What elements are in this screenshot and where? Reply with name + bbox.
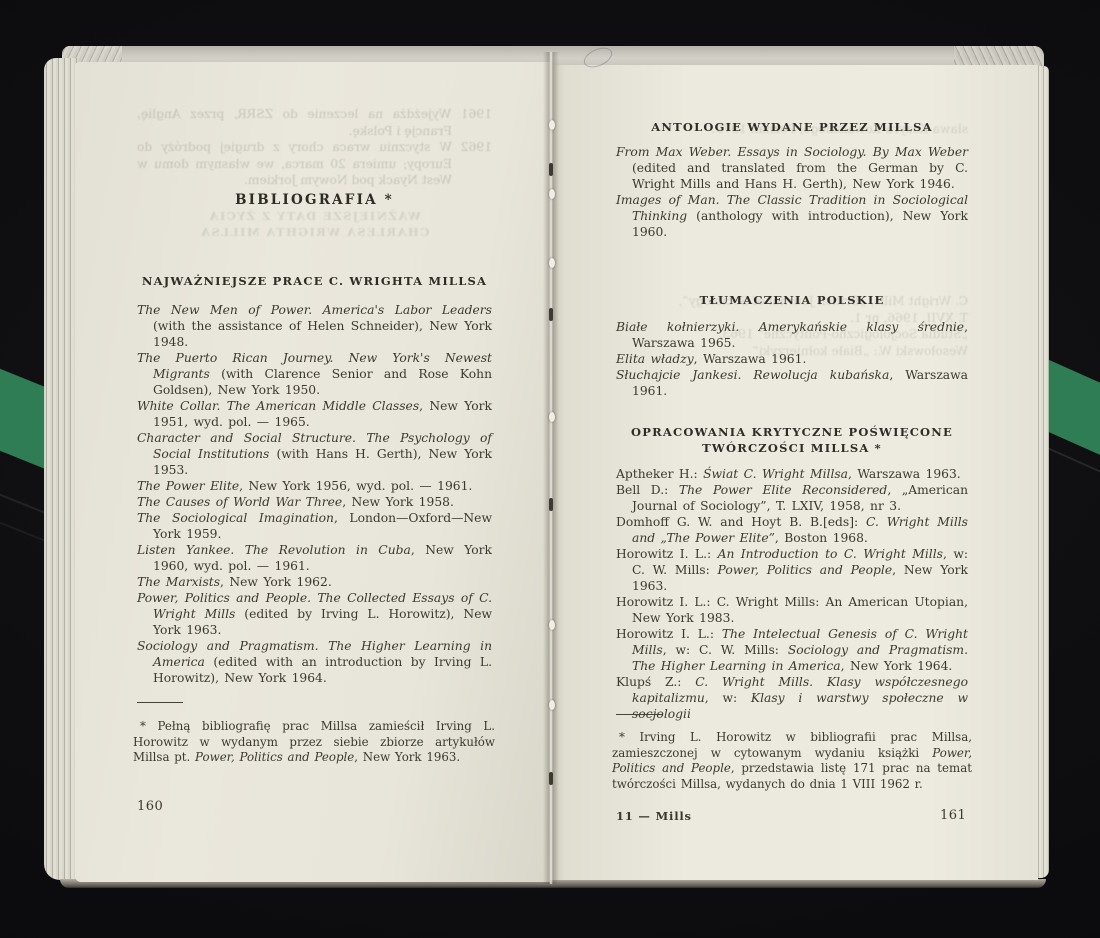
page-number-left: 160: [137, 799, 163, 814]
bibliography-entry: The Sociological Imagination, London—Oxf…: [137, 510, 492, 542]
italic-title: The Sociological Imagination: [137, 511, 334, 525]
page-heading: BIBLIOGRAFIA *: [137, 192, 492, 208]
footnote: * Pełną bibliografię prac Millsa zamieśc…: [133, 719, 495, 766]
show-through-line: 1962 W styczniu wraca chory z drugiej po…: [137, 139, 492, 189]
footnote-rule: [616, 714, 662, 715]
show-through-line: CHARLESA WRIGHTA MILLSA: [137, 224, 492, 240]
italic-title: Listen Yankee. The Revolution in Cuba: [137, 543, 411, 557]
stitch-mark: [549, 412, 555, 422]
bibliography-entry: Listen Yankee. The Revolution in Cuba, N…: [137, 542, 492, 574]
plain-text: , Boston 1968.: [775, 531, 868, 545]
bibliography-entry: Słuchajcie Jankesi. Rewolucja kubańska, …: [616, 367, 968, 399]
plain-text: , New York 1956, wyd. pol. — 1961.: [239, 479, 472, 493]
stitch-mark: [549, 258, 555, 268]
bibliography-entry: Domhoff G. W. and Hoyt B. B.[eds]: C. Wr…: [616, 514, 968, 546]
plain-text: , Warszawa 1963.: [848, 467, 961, 481]
plain-text: Horowitz I. L.: C. Wright Mills: An Amer…: [616, 595, 968, 625]
bibliography-entry: Horowitz I. L.: An Introduction to C. Wr…: [616, 546, 968, 594]
left-page: 1961 Wyjeżdża na leczenie do ZSRR, przez…: [75, 62, 550, 882]
bibliography-entry: Aptheker H.: Świat C. Wright Millsa, War…: [616, 466, 968, 482]
italic-title: Power, Politics and People: [195, 750, 354, 764]
italic-title: The Causes of World War Three: [137, 495, 342, 509]
bibliography-list-critical-studies: Aptheker H.: Świat C. Wright Millsa, War…: [616, 466, 968, 722]
plain-text: Domhoff G. W. and Hoyt B. B.[eds]:: [616, 515, 866, 529]
binding-gutter: [543, 52, 559, 884]
photograph-background: 1961 Wyjeżdża na leczenie do ZSRR, przez…: [0, 0, 1100, 938]
show-through-text: 1961 Wyjeżdża na leczenie do ZSRR, przez…: [137, 106, 492, 189]
plain-text: , New York 1962.: [220, 575, 332, 589]
plain-text: Horowitz I. L.:: [616, 627, 722, 641]
italic-title: The Marxists: [137, 575, 220, 589]
plain-text: Horowitz I. L.:: [616, 547, 718, 561]
plain-text: * Irving L. Horowitz w bibliografii prac…: [612, 730, 972, 760]
bibliography-entry: Sociology and Pragmatism. The Higher Lea…: [137, 638, 492, 686]
bibliography-list-translations: Białe kołnierzyki. Amerykańskie klasy śr…: [616, 319, 968, 399]
italic-title: Elita władzy: [616, 352, 694, 366]
bibliography-entry: Power, Politics and People. The Collecte…: [137, 590, 492, 638]
italic-title: Power, Politics and People: [718, 563, 893, 577]
bibliography-entry: Bell D.: The Power Elite Reconsidered, „…: [616, 482, 968, 514]
stitch-mark: [549, 620, 555, 630]
italic-title: White Collar. The American Middle Classe…: [137, 399, 419, 413]
stitch-mark: [549, 700, 555, 710]
italic-title: The Power Elite Reconsidered: [679, 483, 887, 497]
stitch-mark: [549, 308, 553, 321]
section-heading-works: NAJWAŻNIEJSZE PRACE C. WRIGHTA MILLSA: [137, 274, 492, 290]
plain-text: (edited and translated from the German b…: [632, 161, 968, 191]
stitch-mark: [549, 498, 553, 511]
section-heading-translations: TŁUMACZENIA POLSKIE: [616, 293, 968, 309]
plain-text: Bell D.:: [616, 483, 679, 497]
show-through-line: 1961 Wyjeżdża na leczenie do ZSRR, przez…: [137, 106, 492, 139]
plain-text: , New York 1958.: [342, 495, 454, 509]
plain-text: , w: C. W. Mills:: [663, 643, 788, 657]
bibliography-entry: Elita władzy, Warszawa 1961.: [616, 351, 968, 367]
italic-title: Białe kołnierzyki. Amerykańskie klasy śr…: [616, 320, 964, 334]
bibliography-entry: White Collar. The American Middle Classe…: [137, 398, 492, 430]
stitch-mark: [549, 772, 553, 785]
bibliography-entry: Character and Social Structure. The Psyc…: [137, 430, 492, 478]
left-page-edge-stack: [44, 58, 77, 880]
italic-title: The Power Elite: [137, 479, 239, 493]
italic-title: The New Men of Power. America's Labor Le…: [137, 303, 492, 317]
plain-text: , Warszawa 1961.: [694, 352, 807, 366]
plain-text: Aptheker H.:: [616, 467, 703, 481]
show-through-text: WAŻNIEJSZE DATY Z ŻYCIACHARLESA WRIGHTA …: [137, 208, 492, 240]
stitch-mark: [549, 163, 553, 176]
bibliography-entry: The New Men of Power. America's Labor Le…: [137, 302, 492, 350]
plain-text: (with the assistance of Helen Schneider)…: [153, 319, 492, 349]
plain-text: , w:: [705, 691, 751, 705]
italic-title: An Introduction to C. Wright Mills: [718, 547, 943, 561]
bibliography-list-anthologies: From Max Weber. Essays in Sociology. By …: [616, 144, 968, 240]
page-number-right: 161: [940, 808, 966, 823]
italic-title: Słuchajcie Jankesi. Rewolucja kubańska: [616, 368, 889, 382]
plain-text: , New York 1963.: [354, 750, 460, 764]
plain-text: Klupś Z.:: [616, 675, 695, 689]
section-heading-critical-studies: OPRACOWANIA KRYTYCZNE POŚWIĘCONE TWÓRCZO…: [616, 425, 968, 456]
bibliography-list-works: The New Men of Power. America's Labor Le…: [137, 302, 492, 686]
show-through-line: WAŻNIEJSZE DATY Z ŻYCIA: [137, 208, 492, 224]
bibliography-entry: Horowitz I. L.: The Intelectual Genesis …: [616, 626, 968, 674]
italic-title: Świat C. Wright Millsa: [703, 467, 848, 481]
bibliography-entry: The Marxists, New York 1962.: [137, 574, 492, 590]
bibliography-entry: Klupś Z.: C. Wright Mills. Klasy współcz…: [616, 674, 968, 722]
plain-text: , New York 1964.: [841, 659, 953, 673]
section-heading-anthologies: ANTOLOGIE WYDANE PRZEZ MILLSA: [616, 120, 968, 136]
right-page: sława Kozyra-Kowalskiego, Poznań 1979. C…: [550, 65, 1038, 880]
bibliography-entry: The Causes of World War Three, New York …: [137, 494, 492, 510]
footnote: * Irving L. Horowitz w bibliografii prac…: [612, 730, 972, 792]
stitch-mark: [549, 120, 555, 130]
bibliography-entry: Images of Man. The Classic Tradition in …: [616, 192, 968, 240]
italic-title: From Max Weber. Essays in Sociology. By …: [616, 145, 968, 159]
bibliography-entry: From Max Weber. Essays in Sociology. By …: [616, 144, 968, 192]
bibliography-entry: The Puerto Rican Journey. New York's New…: [137, 350, 492, 398]
bibliography-entry: The Power Elite, New York 1956, wyd. pol…: [137, 478, 492, 494]
stitch-mark: [549, 189, 555, 199]
printer-signature: 11 — Mills: [616, 809, 692, 823]
footnote-rule: [137, 702, 183, 703]
bibliography-entry: Białe kołnierzyki. Amerykańskie klasy śr…: [616, 319, 968, 351]
bibliography-entry: Horowitz I. L.: C. Wright Mills: An Amer…: [616, 594, 968, 626]
